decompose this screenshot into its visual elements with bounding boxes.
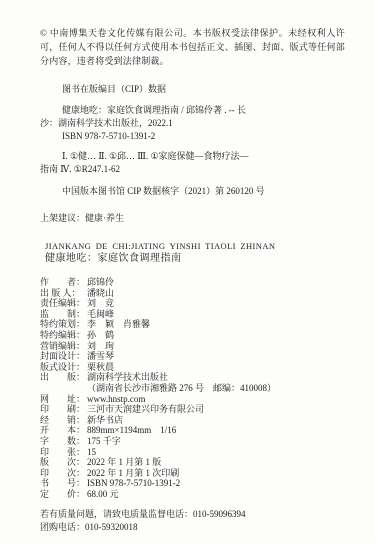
colophon-value: 175 千字 (87, 436, 121, 446)
cip-heading: 图书在版编目（CIP）数据 (40, 83, 345, 95)
colophon-row-printer: 印 刷：三河市天润建兴印务有限公司 (40, 404, 345, 415)
colophon-row-publisher: 出 版：湖南科学技术出版社 (40, 372, 345, 383)
colophon-value: 李 颖 肖雅馨 (87, 319, 150, 329)
quality-hotline: 若有质量问题，请致电质量监督电话：010-59096394 (40, 508, 345, 521)
colophon-row-editor: 责任编辑：刘 竞 (40, 298, 345, 309)
colophon-label: 监 制： (40, 309, 87, 320)
colophon-value: 湖南科学技术出版社 (87, 372, 168, 382)
colophon-list: 作 者：邱锦伶 出 版 人：潘晓山 责任编辑：刘 竞 监 制：毛闽峰 特约策划：… (40, 277, 345, 499)
colophon-value: 栗秋晨 (87, 362, 114, 372)
colophon-value: 15 (87, 447, 96, 457)
colophon-row-publisher-person: 出 版 人：潘晓山 (40, 288, 345, 299)
colophon-row-cover-design: 封面设计：潘雪琴 (40, 351, 345, 362)
colophon-row-special-planning: 特约策划：李 颖 肖雅馨 (40, 319, 345, 330)
cip-class-line1: Ⅰ. ①健… Ⅱ. ①邱… Ⅲ. ①家庭保健—食物疗法— (40, 150, 345, 163)
colophon-row-word-count: 字 数：175 千字 (40, 436, 345, 447)
colophon-label: 开 本： (40, 425, 87, 436)
copyright-notice: © 中南博集天卷文化传媒有限公司。本书版权受法律保护。未经权利人许可，任何人不得… (40, 26, 345, 68)
colophon-label: 印 次： (40, 468, 87, 479)
colophon-label: 书 号： (40, 478, 87, 489)
cip-isbn-line: ISBN 978-7-5710-1391-2 (40, 130, 345, 143)
cip-entry-line2: 沙：湖南科学技术出版社，2022.1 (40, 117, 345, 130)
colophon-row-edition: 版 次：2022 年 1 月第 1 版 (40, 457, 345, 468)
title-block: JIANKANG DE CHI:JIATING YINSHI TIAOLI ZH… (40, 241, 345, 266)
colophon-row-publisher-address: （湖南省长沙市湘雅路 276 号 邮编：410008） (40, 383, 345, 394)
cip-record-number: 中国版本图书馆 CIP 数据核字（2021）第 260120 号 (40, 185, 345, 198)
group-purchase-hotline: 团购电话：010-59320018 (40, 521, 345, 534)
colophon-label: 责任编辑： (40, 298, 87, 309)
colophon-row-distributor: 经 销：新华书店 (40, 415, 345, 426)
footer-notices: 若有质量问题，请致电质量监督电话：010-59096394 团购电话：010-5… (40, 508, 345, 534)
colophon-value: 889mm×1194mm 1/16 (87, 425, 176, 435)
colophon-label: 印 刷： (40, 404, 87, 415)
colophon-label: 特约策划： (40, 319, 87, 330)
colophon-value: 新华书店 (87, 415, 123, 425)
colophon-value: 潘雪琴 (87, 351, 114, 361)
colophon-row-supervisor: 监 制：毛闽峰 (40, 309, 345, 320)
book-copyright-page: © 中南博集天卷文化传媒有限公司。本书版权受法律保护。未经权利人许可，任何人不得… (0, 0, 375, 543)
colophon-value: （湖南省长沙市湘雅路 276 号 邮编：410008） (87, 383, 276, 393)
colophon-value: 潘晓山 (87, 288, 114, 298)
colophon-label: 封面设计： (40, 351, 87, 362)
colophon-value: 毛闽峰 (87, 309, 114, 319)
colophon-value: 孙 鹤 (87, 330, 114, 340)
colophon-row-price: 定 价：68.00 元 (40, 489, 345, 500)
colophon-value: 2022 年 1 月第 1 版 (87, 457, 161, 467)
colophon-label: 作 者： (40, 277, 87, 288)
colophon-row-layout-design: 版式设计：栗秋晨 (40, 362, 345, 373)
colophon-row-format: 开 本：889mm×1194mm 1/16 (40, 425, 345, 436)
colophon-value: 刘 竞 (87, 298, 114, 308)
colophon-value: 68.00 元 (87, 489, 119, 499)
colophon-label: 营销编辑： (40, 341, 87, 352)
colophon-row-marketing-editor: 营销编辑：刘 珣 (40, 341, 345, 352)
cip-class-line2: 指南 Ⅳ. ①R247.1-62 (40, 163, 345, 176)
colophon-label: 定 价： (40, 489, 87, 500)
colophon-row-author: 作 者：邱锦伶 (40, 277, 345, 288)
colophon-value: ISBN 978-7-5710-1391-2 (87, 478, 180, 488)
colophon-label: 网 址： (40, 394, 87, 405)
colophon-value: 2022 年 1 月第 1 次印刷 (87, 468, 179, 478)
colophon-label: 字 数： (40, 436, 87, 447)
colophon-label: 经 销： (40, 415, 87, 426)
colophon-row-website: 网 址：www.hnstp.com (40, 394, 345, 405)
colophon-row-printing: 印 次：2022 年 1 月第 1 次印刷 (40, 468, 345, 479)
colophon-label: 版 次： (40, 457, 87, 468)
cip-classification: Ⅰ. ①健… Ⅱ. ①邱… Ⅲ. ①家庭保健—食物疗法— 指南 Ⅳ. ①R247… (40, 150, 345, 176)
colophon-label: 出 版： (40, 372, 87, 383)
colophon-label: 出 版 人： (40, 288, 87, 299)
colophon-value: 刘 珣 (87, 341, 114, 351)
colophon-value: 邱锦伶 (87, 277, 114, 287)
colophon-label: 特约编辑： (40, 330, 87, 341)
title-chinese: 健康地吃：家庭饮食调理指南 (45, 252, 345, 266)
colophon-value: 三河市天润建兴印务有限公司 (87, 404, 204, 414)
colophon-value: www.hnstp.com (87, 394, 145, 404)
shelf-suggestion: 上架建议：健康·养生 (40, 212, 345, 224)
cip-entry-line1: 健康地吃：家庭饮食调理指南 / 邱锦伶著 . -- 长 (40, 104, 345, 117)
colophon-row-sheets: 印 张：15 (40, 447, 345, 458)
title-pinyin: JIANKANG DE CHI:JIATING YINSHI TIAOLI ZH… (45, 241, 345, 252)
colophon-row-isbn: 书 号：ISBN 978-7-5710-1391-2 (40, 478, 345, 489)
colophon-label: 版式设计： (40, 362, 87, 373)
colophon-row-special-editor: 特约编辑：孙 鹤 (40, 330, 345, 341)
cip-entry: 健康地吃：家庭饮食调理指南 / 邱锦伶著 . -- 长 沙：湖南科学技术出版社，… (40, 104, 345, 143)
colophon-label: 印 张： (40, 447, 87, 458)
